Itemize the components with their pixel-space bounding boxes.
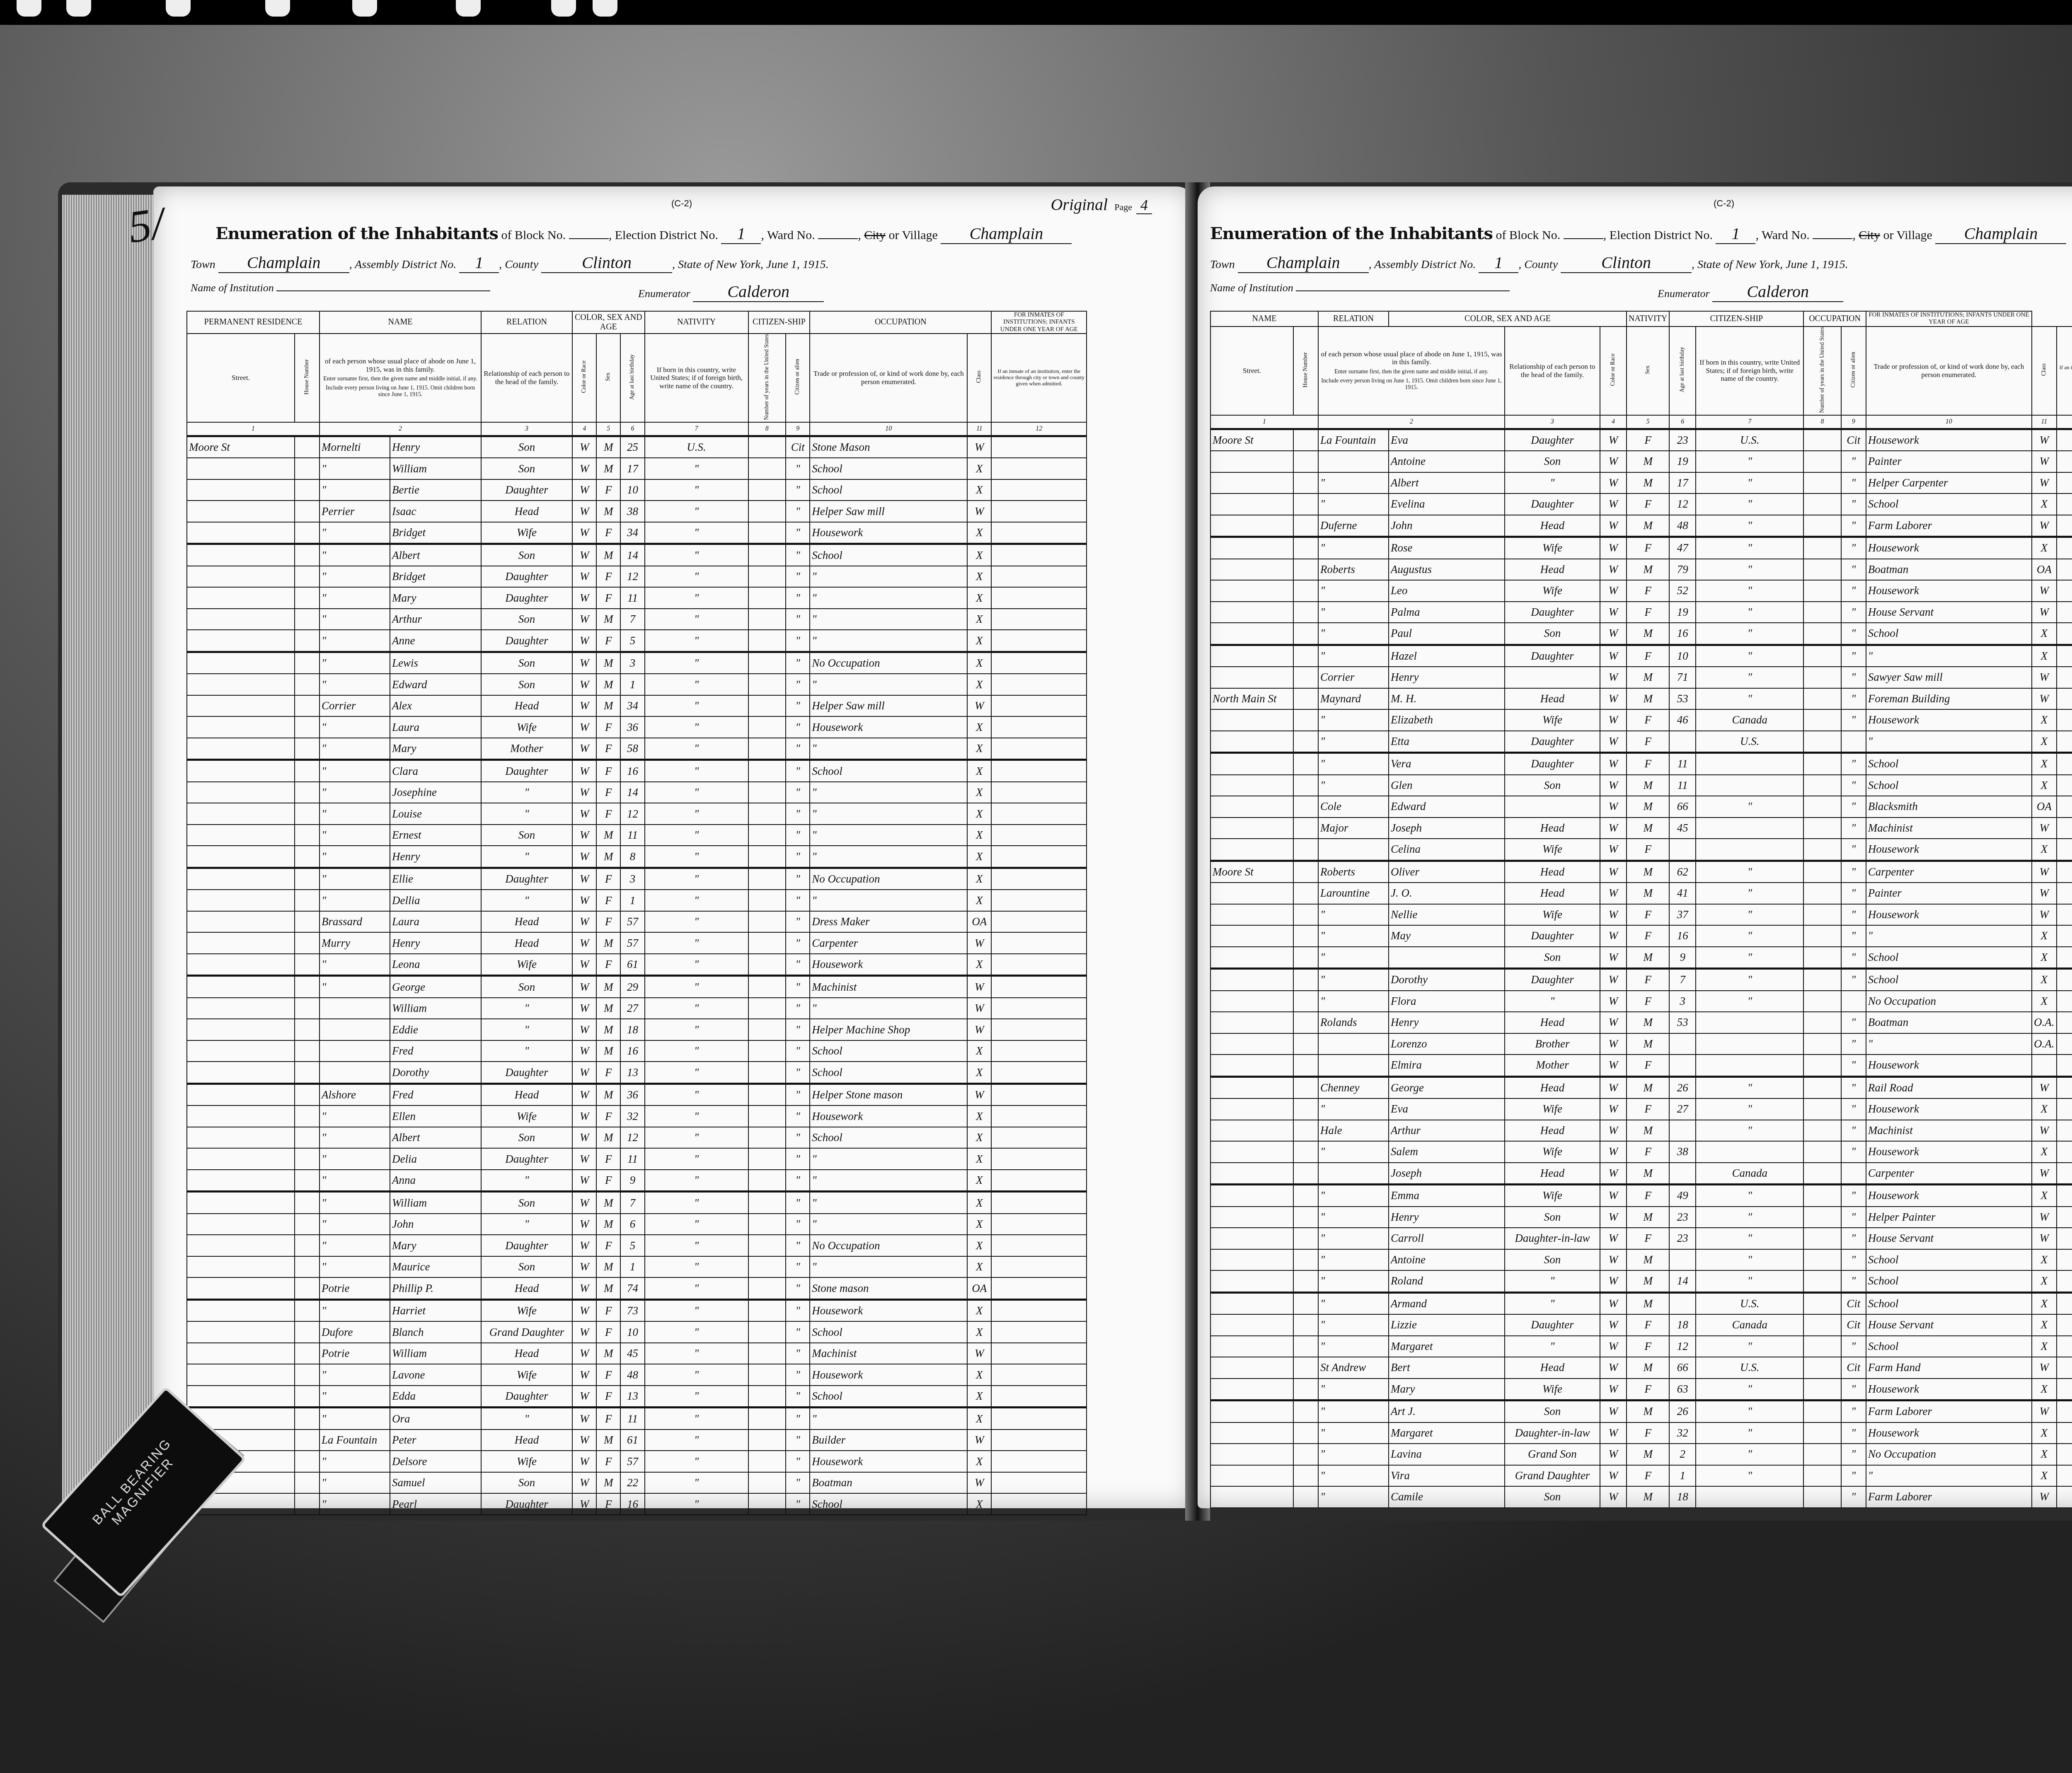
- street-cell: [1210, 1422, 1293, 1444]
- class-cell: W: [967, 1343, 991, 1364]
- given-name-cell: Edda: [390, 1386, 481, 1408]
- relation-cell: Brother: [1505, 1033, 1600, 1055]
- enumerator-field: Enumerator Calderon: [638, 282, 824, 302]
- sex-cell: M: [596, 1214, 620, 1235]
- nativity-cell: U.S.: [1696, 731, 1803, 753]
- inmate-cell: [2057, 1292, 2072, 1314]
- street-cell: [187, 1214, 295, 1235]
- occupation-cell: Stone mason: [810, 1277, 967, 1299]
- relation-cell: Daughter: [1505, 969, 1600, 991]
- nativity-cell: ": [645, 479, 748, 501]
- citizen-cell: ": [786, 738, 810, 760]
- citizen-cell: Cit: [1841, 429, 1866, 451]
- age-cell: 37: [1669, 904, 1696, 926]
- color-cell: W: [1600, 1249, 1627, 1271]
- nativity-cell: ": [645, 1170, 748, 1192]
- relation-cell: ": [481, 846, 572, 868]
- nativity-cell: [1696, 818, 1803, 839]
- inmate-cell: [2057, 1185, 2072, 1207]
- table-row: "LavinaGrand SonWM2""No OccupationX: [1210, 1444, 2072, 1465]
- age-cell: 27: [1669, 1098, 1696, 1120]
- age-cell: 16: [620, 1493, 644, 1515]
- table-row: "PalmaDaughterWF19""House ServantW: [1210, 602, 2072, 623]
- surname-cell: ": [320, 1386, 390, 1408]
- nativity-cell: Canada: [1696, 1314, 1803, 1336]
- age-cell: 57: [620, 1451, 644, 1472]
- nativity-cell: ": [645, 652, 748, 674]
- given-name-cell: Arthur: [390, 609, 481, 630]
- block-label: of Block No.: [501, 228, 566, 242]
- surname-cell: ": [320, 1127, 390, 1149]
- relation-cell: Head: [1505, 1012, 1600, 1033]
- relation-cell: Mother: [481, 738, 572, 760]
- inmate-cell: [2057, 515, 2072, 537]
- age-cell: 47: [1669, 537, 1696, 559]
- nativity-cell: ": [1696, 1270, 1803, 1292]
- given-name-cell: Laura: [390, 716, 481, 738]
- surname-cell: Maynard: [1318, 688, 1389, 710]
- occupation-cell: School: [810, 760, 967, 782]
- surname-cell: ": [1318, 1292, 1389, 1314]
- relation-cell: ": [481, 998, 572, 1019]
- class-cell: W: [2032, 818, 2057, 839]
- sex-cell: M: [1627, 1270, 1669, 1292]
- street-cell: Moore St: [1210, 429, 1293, 451]
- nativity-cell: ": [645, 1451, 748, 1472]
- occupation-cell: Painter: [1866, 451, 2032, 472]
- years-in-us-cell: [748, 954, 786, 976]
- house-number-cell: [1293, 559, 1318, 581]
- class-cell: [2032, 1055, 2057, 1076]
- color-cell: W: [572, 566, 596, 588]
- street-cell: [187, 1192, 295, 1214]
- given-name-cell: Rose: [1389, 537, 1505, 559]
- inmate-cell: [991, 932, 1087, 954]
- header-street: Street.: [187, 334, 295, 422]
- house-number-cell: [1293, 709, 1318, 731]
- house-number-cell: [1293, 1336, 1318, 1357]
- nativity-cell: ": [1696, 1401, 1803, 1422]
- table-row: ElmiraMotherWF"Housework: [1210, 1055, 2072, 1076]
- inmate-cell: [2057, 580, 2072, 602]
- house-number-cell: [1293, 602, 1318, 623]
- street-cell: [187, 716, 295, 738]
- census-rows-left: Moore StMorneltiHenrySonWM25U.S.CitStone…: [187, 436, 1087, 1515]
- table-row: "ClaraDaughterWF16""SchoolX: [187, 760, 1087, 782]
- surname-cell: ": [320, 1214, 390, 1235]
- color-cell: W: [1600, 969, 1627, 991]
- class-cell: W: [967, 1084, 991, 1105]
- given-name-cell: William: [390, 998, 481, 1019]
- surname-cell: [1318, 451, 1389, 472]
- table-row: "ViraGrand DaughterWF1"""X: [1210, 1465, 2072, 1487]
- house-number-cell: [1293, 1033, 1318, 1055]
- age-cell: 29: [620, 976, 644, 998]
- citizen-cell: ": [786, 1170, 810, 1192]
- given-name-cell: Peter: [390, 1430, 481, 1451]
- class-cell: X: [967, 716, 991, 738]
- street-cell: [187, 1084, 295, 1105]
- citizen-cell: ": [786, 1148, 810, 1170]
- house-number-cell: [295, 458, 320, 479]
- class-cell: X: [967, 1192, 991, 1214]
- house-number-cell: [295, 1084, 320, 1105]
- occupation-cell: Housework: [810, 522, 967, 544]
- surname-cell: Corrier: [320, 695, 390, 717]
- surname-cell: Roberts: [1318, 559, 1389, 581]
- inmate-cell: [2057, 1141, 2072, 1163]
- enumeration-title-line: Enumeration of the Inhabitants of Block …: [215, 224, 1160, 244]
- header-class: Class: [967, 334, 991, 422]
- house-number-cell: [295, 609, 320, 630]
- color-cell: W: [572, 674, 596, 695]
- table-row: "Roland"WM14""SchoolX: [1210, 1270, 2072, 1292]
- street-cell: [187, 609, 295, 630]
- age-cell: [1669, 839, 1696, 861]
- house-number-cell: [295, 1148, 320, 1170]
- citizen-cell: ": [786, 716, 810, 738]
- house-number-cell: [1293, 537, 1318, 559]
- sex-cell: M: [596, 652, 620, 674]
- color-cell: W: [1600, 1465, 1627, 1487]
- surname-cell: ": [1318, 731, 1389, 753]
- table-row: "EttaDaughterWFU.S."X: [1210, 731, 2072, 753]
- given-name-cell: Henry: [1389, 1012, 1505, 1033]
- age-cell: 66: [1669, 1357, 1696, 1379]
- house-number-cell: [295, 716, 320, 738]
- age-cell: 53: [1669, 688, 1696, 710]
- county-label: County: [1524, 258, 1558, 271]
- class-cell: X: [967, 1148, 991, 1170]
- age-cell: 13: [620, 1062, 644, 1084]
- given-name-cell: Samuel: [390, 1472, 481, 1494]
- street-cell: [1210, 1012, 1293, 1033]
- inmate-cell: [991, 458, 1087, 479]
- header-color-sex-age: Color, Sex and Age: [572, 311, 645, 334]
- color-cell: W: [572, 1472, 596, 1494]
- surname-cell: ": [320, 803, 390, 825]
- age-cell: 49: [1669, 1185, 1696, 1207]
- class-cell: X: [967, 1493, 991, 1515]
- given-name-cell: Evelina: [1389, 493, 1505, 515]
- house-number-cell: [1293, 796, 1318, 818]
- color-cell: W: [1600, 1379, 1627, 1401]
- surname-cell: ": [1318, 1486, 1389, 1508]
- house-number-cell: [295, 566, 320, 588]
- table-row: Moore StRobertsOliverHeadWM62""Carpenter…: [1210, 861, 2072, 883]
- house-number-cell: [1293, 883, 1318, 904]
- citizen-cell: ": [1841, 493, 1866, 515]
- age-cell: 34: [620, 522, 644, 544]
- surname-cell: ": [320, 652, 390, 674]
- relation-cell: Son: [481, 458, 572, 479]
- header-nativity: Nativity: [1627, 311, 1669, 327]
- years-in-us-cell: [1803, 1357, 1841, 1379]
- inmate-cell: [2057, 602, 2072, 623]
- street-cell: [1210, 796, 1293, 818]
- inmate-cell: [991, 1256, 1087, 1278]
- inmate-cell: [991, 695, 1087, 717]
- nativity-cell: ": [645, 846, 748, 868]
- inmate-cell: [2057, 559, 2072, 581]
- surname-cell: ": [1318, 1270, 1389, 1292]
- color-cell: W: [1600, 775, 1627, 796]
- house-number-cell: [295, 1105, 320, 1127]
- citizen-cell: ": [786, 1084, 810, 1105]
- relation-cell: Daughter: [1505, 925, 1600, 947]
- years-in-us-cell: [1803, 731, 1841, 753]
- years-in-us-cell: [1803, 709, 1841, 731]
- house-number-cell: [295, 436, 320, 458]
- inmate-cell: [2057, 1207, 2072, 1228]
- sex-cell: F: [596, 716, 620, 738]
- given-name-cell: Paul: [1389, 623, 1505, 645]
- inmate-cell: [2057, 1336, 2072, 1357]
- citizen-cell: ": [1841, 1249, 1866, 1271]
- table-row: "Margaret"WF12""SchoolX: [1210, 1336, 2072, 1357]
- given-name-cell: Joseph: [1389, 1163, 1505, 1185]
- sex-cell: M: [1627, 883, 1669, 904]
- house-number-cell: [1293, 775, 1318, 796]
- class-cell: X: [967, 1235, 991, 1256]
- color-cell: W: [572, 436, 596, 458]
- years-in-us-cell: [748, 1084, 786, 1105]
- given-name-cell: John: [390, 1214, 481, 1235]
- surname-cell: Mornelti: [320, 436, 390, 458]
- citizen-cell: ": [1841, 537, 1866, 559]
- color-cell: W: [1600, 1314, 1627, 1336]
- given-name-cell: Maurice: [390, 1256, 481, 1278]
- street-cell: [1210, 1401, 1293, 1422]
- color-cell: W: [572, 1084, 596, 1105]
- years-in-us-cell: [748, 1408, 786, 1430]
- occupation-cell: No Occupation: [810, 868, 967, 890]
- color-cell: W: [572, 544, 596, 566]
- class-cell: X: [2032, 1314, 2057, 1336]
- header-relation-desc: Relationship of each person to the head …: [481, 334, 572, 422]
- age-cell: 22: [620, 1472, 644, 1494]
- class-cell: W: [2032, 667, 2057, 688]
- citizen-cell: ": [1841, 796, 1866, 818]
- occupation-cell: Dress Maker: [810, 911, 967, 933]
- nativity-cell: U.S.: [1696, 1357, 1803, 1379]
- surname-cell: ": [320, 1192, 390, 1214]
- class-cell: W: [967, 695, 991, 717]
- nativity-cell: ": [645, 868, 748, 890]
- street-cell: [187, 1019, 295, 1040]
- house-number-cell: [1293, 493, 1318, 515]
- relation-cell: Daughter-in-law: [1505, 1422, 1600, 1444]
- surname-cell: ": [1318, 947, 1389, 969]
- inmate-cell: [991, 846, 1087, 868]
- street-cell: [187, 501, 295, 522]
- table-row: "BridgetWifeWF34""HouseworkX: [187, 522, 1087, 544]
- years-in-us-cell: [1803, 1444, 1841, 1465]
- inmate-cell: [2057, 667, 2072, 688]
- sex-cell: F: [596, 890, 620, 911]
- header-citizen-alien: Citizen or alien: [786, 334, 810, 422]
- color-cell: W: [572, 803, 596, 825]
- relation-cell: Head: [481, 501, 572, 522]
- sex-cell: F: [1627, 839, 1669, 861]
- house-number-cell: [1293, 1444, 1318, 1465]
- street-cell: [187, 911, 295, 933]
- given-name-cell: Armand: [1389, 1292, 1505, 1314]
- house-number-cell: [1293, 1207, 1318, 1228]
- house-number-cell: [295, 1408, 320, 1430]
- sex-cell: F: [1627, 731, 1669, 753]
- nativity-cell: ": [645, 1062, 748, 1084]
- surname-cell: ": [1318, 472, 1389, 494]
- class-cell: X: [967, 587, 991, 609]
- table-row: "GeorgeSonWM29""MachinistW: [187, 976, 1087, 998]
- occupation-cell: ": [810, 1192, 967, 1214]
- table-row: "Armand"WMU.S.CitSchoolX: [1210, 1292, 2072, 1314]
- class-cell: X: [967, 760, 991, 782]
- occupation-cell: Blacksmith: [1866, 796, 2032, 818]
- nativity-cell: ": [1696, 451, 1803, 472]
- nativity-cell: ": [1696, 645, 1803, 667]
- sex-cell: M: [1627, 1249, 1669, 1271]
- given-name-cell: Ernest: [390, 825, 481, 846]
- inmate-cell: [2057, 904, 2072, 926]
- sex-cell: M: [1627, 515, 1669, 537]
- age-cell: 57: [620, 932, 644, 954]
- street-cell: [1210, 969, 1293, 991]
- relation-cell: ": [1505, 1270, 1600, 1292]
- street-cell: [187, 544, 295, 566]
- years-in-us-cell: [748, 1256, 786, 1278]
- inmate-cell: [2057, 451, 2072, 472]
- citizen-cell: ": [1841, 645, 1866, 667]
- color-cell: W: [1600, 602, 1627, 623]
- nativity-cell: ": [645, 738, 748, 760]
- citizen-cell: ": [1841, 1270, 1866, 1292]
- occupation-cell: Foreman Building: [1866, 688, 2032, 710]
- class-cell: X: [967, 1256, 991, 1278]
- relation-cell: Wife: [481, 1299, 572, 1321]
- header-inmates-desc: If an inmate of an institution, enter th…: [991, 334, 1087, 422]
- occupation-cell: House Servant: [1866, 602, 2032, 623]
- years-in-us-cell: [748, 1386, 786, 1408]
- table-row: "EmmaWifeWF49""HouseworkX: [1210, 1185, 2072, 1207]
- given-name-cell: Albert: [390, 1127, 481, 1149]
- class-cell: X: [967, 652, 991, 674]
- table-row: "SalemWifeWF38"HouseworkX: [1210, 1141, 2072, 1163]
- occupation-cell: Boatman: [1866, 1012, 2032, 1033]
- color-cell: W: [1600, 753, 1627, 775]
- class-cell: W: [967, 932, 991, 954]
- house-number-cell: [1293, 580, 1318, 602]
- occupation-cell: Sawyer Saw mill: [1866, 667, 2032, 688]
- years-in-us-cell: [748, 1430, 786, 1451]
- color-cell: W: [572, 1364, 596, 1386]
- occupation-cell: Housework: [1866, 1098, 2032, 1120]
- surname-cell: ": [1318, 1314, 1389, 1336]
- header-color: Color or Race: [1600, 327, 1627, 415]
- inmate-cell: [991, 1214, 1087, 1235]
- years-in-us-cell: [1803, 1055, 1841, 1076]
- house-number-cell: [1293, 667, 1318, 688]
- given-name-cell: Louise: [390, 803, 481, 825]
- given-name-cell: Bert: [1389, 1357, 1505, 1379]
- color-cell: W: [1600, 947, 1627, 969]
- years-in-us-cell: [1803, 1292, 1841, 1314]
- house-number-cell: [295, 1019, 320, 1040]
- surname-cell: ": [1318, 1207, 1389, 1228]
- age-cell: 5: [620, 1235, 644, 1256]
- color-cell: W: [572, 1192, 596, 1214]
- given-name-cell: Mary: [390, 1235, 481, 1256]
- street-cell: [1210, 775, 1293, 796]
- table-row: "AntoineSonWM""SchoolX: [1210, 1249, 2072, 1271]
- given-name-cell: George: [1389, 1076, 1505, 1098]
- street-cell: [1210, 991, 1293, 1012]
- house-number-cell: [295, 846, 320, 868]
- surname-cell: ": [320, 522, 390, 544]
- nativity-cell: ": [1696, 667, 1803, 688]
- age-cell: 13: [620, 1386, 644, 1408]
- surname-cell: ": [1318, 969, 1389, 991]
- nativity-cell: ": [645, 1105, 748, 1127]
- class-cell: X: [967, 1321, 991, 1343]
- header-nativity-desc: If born in this country, write United St…: [1696, 327, 1803, 415]
- nativity-cell: ": [1696, 1228, 1803, 1249]
- sex-cell: M: [1627, 796, 1669, 818]
- house-number-cell: [295, 1170, 320, 1192]
- relation-cell: ": [1505, 1336, 1600, 1357]
- house-number-cell: [1293, 1292, 1318, 1314]
- color-cell: W: [572, 1062, 596, 1084]
- surname-cell: Roberts: [1318, 861, 1389, 883]
- given-name-cell: William: [390, 1343, 481, 1364]
- years-in-us-cell: [748, 1472, 786, 1494]
- inmate-cell: [991, 652, 1087, 674]
- relation-cell: Wife: [1505, 1098, 1600, 1120]
- class-cell: W: [2032, 1228, 2057, 1249]
- color-cell: W: [572, 738, 596, 760]
- inmate-cell: [991, 1493, 1087, 1515]
- inmate-cell: [991, 1321, 1087, 1343]
- surname-cell: La Fountain: [320, 1430, 390, 1451]
- years-in-us-cell: [748, 1192, 786, 1214]
- citizen-cell: ": [1841, 1055, 1866, 1076]
- given-name-cell: Clara: [390, 760, 481, 782]
- citizen-cell: ": [786, 630, 810, 652]
- street-cell: [1210, 1207, 1293, 1228]
- age-cell: 6: [620, 1214, 644, 1235]
- age-cell: 5: [620, 630, 644, 652]
- age-cell: 9: [620, 1170, 644, 1192]
- years-in-us-cell: [1803, 818, 1841, 839]
- citizen-cell: ": [786, 1321, 810, 1343]
- given-name-cell: Emma: [1389, 1185, 1505, 1207]
- house-number-cell: [295, 825, 320, 846]
- table-row: "LauraWifeWF36""HouseworkX: [187, 716, 1087, 738]
- color-cell: W: [1600, 1336, 1627, 1357]
- age-cell: 2: [1669, 1444, 1696, 1465]
- street-cell: [1210, 947, 1293, 969]
- given-name-cell: May: [1389, 925, 1505, 947]
- header-name-desc: of each person whose usual place of abod…: [1318, 327, 1505, 415]
- color-cell: W: [1600, 1185, 1627, 1207]
- occupation-cell: ": [810, 890, 967, 911]
- relation-cell: Son: [481, 674, 572, 695]
- table-row: "Anna"WF9"""X: [187, 1170, 1087, 1192]
- surname-cell: ": [320, 630, 390, 652]
- relation-cell: Son: [481, 652, 572, 674]
- color-cell: W: [1600, 667, 1627, 688]
